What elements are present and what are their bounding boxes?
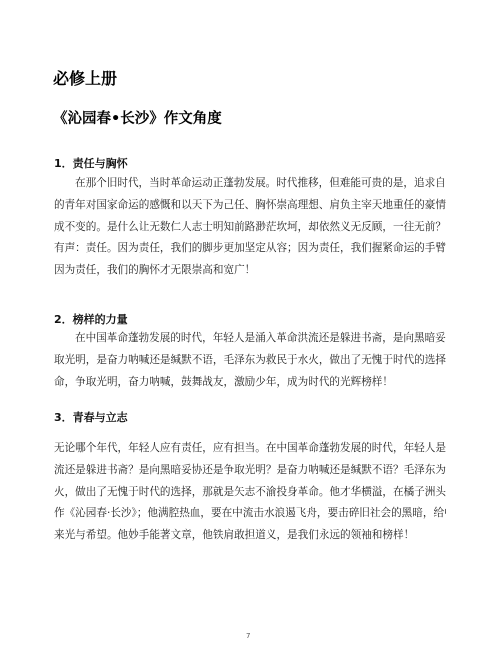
paragraph-line: 作《沁园春·长沙》；他满腔热血，要在中流击水浪遏飞舟，要击碎旧社会的黑暗，给中国… xyxy=(54,503,446,525)
paragraph-line: 取光明，是奋力呐喊还是缄默不语，毛泽东为救民于水火，做出了无愧于时代的选择，参加… xyxy=(54,350,446,372)
paragraph-line: 在中国革命蓬勃发展的时代，年轻人是涌入革命洪流还是躲进书斋，是向黑暗妥协还是争 xyxy=(54,328,446,350)
paragraph-line: 命，争取光明，奋力呐喊，鼓舞战友，激励少年，成为时代的光辉榜样！ xyxy=(54,372,446,394)
paragraph-line: 在那个旧时代，当时革命运动正蓬勃发展。时代推移，但难能可贵的是，追求自由和进步 xyxy=(54,173,446,195)
section-body-youth-aspiration: 无论哪个年代，年轻人应有责任，应有担当。在中国革命蓬勃发展的时代，年轻人是涌入革… xyxy=(54,438,446,547)
paragraph-line: 因为责任，我们的胸怀才无限崇高和宽广！ xyxy=(54,260,446,282)
section-title-responsibility: 1．责任与胸怀 xyxy=(54,155,128,171)
document-page: 必修上册 《沁园春•长沙》作文角度 1．责任与胸怀 在那个旧时代，当时革命运动正… xyxy=(0,0,500,653)
paragraph-line: 火，做出了无愧于时代的选择，那就是矢志不渝投身革命。他才华横溢，在橘子洲头写下不… xyxy=(54,482,446,504)
article-title: 《沁园春•长沙》作文角度 xyxy=(53,107,222,128)
paragraph-line: 成不变的。是什么让无数仁人志士明知前路渺茫坎坷，却依然义无反顾，一往无前？回答掷… xyxy=(54,217,446,239)
section-body-responsibility: 在那个旧时代，当时革命运动正蓬勃发展。时代推移，但难能可贵的是，追求自由和进步 … xyxy=(54,173,446,282)
paragraph-line: 有声：责任。因为责任，我们的脚步更加坚定从容；因为责任，我们握紧命运的手臂更加有… xyxy=(54,238,446,260)
paragraph-line: 无论哪个年代，年轻人应有责任，应有担当。在中国革命蓬勃发展的时代，年轻人是涌入革… xyxy=(54,438,446,460)
paragraph-line: 的青年对国家命运的感慨和以天下为己任、胸怀崇高理想、肩负主宰天地重任的豪情壮志是… xyxy=(54,195,446,217)
chapter-title: 必修上册 xyxy=(53,66,117,89)
paragraph-line: 来光与希望。他妙手能著文章，他铁肩敢担道义，是我们永远的领袖和榜样！ xyxy=(54,525,446,547)
page-number: 7 xyxy=(246,632,250,640)
section-title-youth-aspiration: 3．青春与立志 xyxy=(54,409,128,425)
section-title-role-model: 2．榜样的力量 xyxy=(54,311,128,327)
paragraph-line: 流还是躲进书斋？是向黑暗妥协还是争取光明？是奋力呐喊还是缄默不语？毛泽东为救民于… xyxy=(54,460,446,482)
section-body-role-model: 在中国革命蓬勃发展的时代，年轻人是涌入革命洪流还是躲进书斋，是向黑暗妥协还是争 … xyxy=(54,328,446,393)
